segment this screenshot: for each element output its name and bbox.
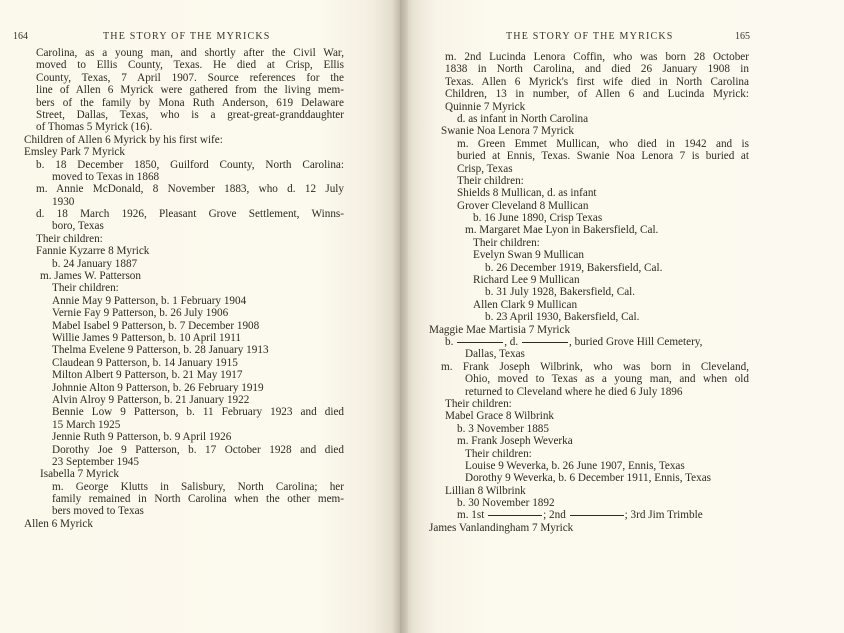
text-line: b. 30 November 1892 xyxy=(429,497,749,509)
text-line: moved to Ellis County, Texas. He died at… xyxy=(24,59,344,71)
text-line: m. Green Emmet Mullican, who died in 194… xyxy=(429,138,749,150)
text-line: Vernie Fay 9 Patterson, b. 26 July 1906 xyxy=(24,307,344,319)
text-line: b. 16 June 1890, Crisp Texas xyxy=(429,212,749,224)
text-line: b. 3 November 1885 xyxy=(429,423,749,435)
text-line: d. as infant in North Carolina xyxy=(429,113,749,125)
text-line: b. 31 July 1928, Bakersfield, Cal. xyxy=(429,286,749,298)
text-line: Claudean 9 Patterson, b. 14 January 1915 xyxy=(24,357,344,369)
text-line: Dallas, Texas xyxy=(429,348,749,360)
text-line: buried at Ennis, Texas. Swanie Noa Lenor… xyxy=(429,150,749,162)
genealogy-entry: Grover Cleveland 8 Mullican xyxy=(429,200,749,212)
genealogy-entry: James Vanlandingham 7 Myrick xyxy=(429,522,749,534)
running-head: THE STORY OF THE MYRICKS xyxy=(103,31,271,42)
text-line: Jennie Ruth 9 Patterson, b. 9 April 1926 xyxy=(24,431,344,443)
text-line: Annie May 9 Patterson, b. 1 February 190… xyxy=(24,295,344,307)
text-line: Street, Dallas, Texas, who is a great-gr… xyxy=(24,109,344,121)
text-line: Crisp, Texas xyxy=(429,163,749,175)
text-line: b. 23 April 1930, Bakersfield, Cal. xyxy=(429,311,749,323)
blank-date xyxy=(522,342,568,343)
text-line: b. 26 December 1919, Bakersfield, Cal. xyxy=(429,262,749,274)
text-line: Willie James 9 Patterson, b. 10 April 19… xyxy=(24,332,344,344)
text-line: 1838 in North Carolina, and died 26 Janu… xyxy=(429,63,749,75)
text-line: Children, 13 in number, of Allen 6 and L… xyxy=(429,88,749,100)
text-line: Their children: xyxy=(429,175,749,187)
text-line: 1930 xyxy=(24,196,344,208)
born-label: b. xyxy=(445,336,453,348)
genealogy-entry: Isabella 7 Myrick xyxy=(24,468,344,480)
text-line: 23 September 1945 xyxy=(24,456,344,468)
genealogy-entry: Allen 6 Myrick xyxy=(24,518,344,530)
text-line: Their children: xyxy=(429,448,749,460)
text-line: returned to Cleveland where he died 6 Ju… xyxy=(429,386,749,398)
second-marriage-label: ; 2nd xyxy=(543,509,566,521)
text-line: m. Margaret Mae Lyon in Bakersfield, Cal… xyxy=(429,224,749,236)
blank-name xyxy=(488,515,542,516)
text-line: Their children: xyxy=(24,282,344,294)
text-line: Texas. Allen 6 Myrick's first wife died … xyxy=(429,76,749,88)
genealogy-entry: Lillian 8 Wilbrink xyxy=(429,485,749,497)
genealogy-entry: Emsley Park 7 Myrick xyxy=(24,146,344,158)
text-line: Their children: xyxy=(429,237,749,249)
text-line: Bennie Low 9 Patterson, b. 11 February 1… xyxy=(24,406,344,418)
text-line: Children of Allen 6 Myrick by his first … xyxy=(24,134,344,146)
genealogy-entry: Swanie Noa Lenora 7 Myrick xyxy=(429,125,749,137)
text-line: m. Annie McDonald, 8 November 1883, who … xyxy=(24,183,344,195)
page-body: Carolina, as a young man, and shortly af… xyxy=(24,47,344,530)
blank-date xyxy=(457,342,503,343)
text-line: Louise 9 Weverka, b. 26 June 1907, Ennis… xyxy=(429,460,749,472)
marriage-label: m. 1st xyxy=(457,509,484,521)
text-line: b. 18 December 1850, Guilford County, No… xyxy=(24,159,344,171)
text-line: m. Frank Joseph Weverka xyxy=(429,435,749,447)
page-number: 164 xyxy=(13,31,28,42)
text-line: b. 24 January 1887 xyxy=(24,258,344,270)
text-line: bers of the family by Mona Ruth Anderson… xyxy=(24,97,344,109)
right-page: THE STORY OF THE MYRICKS 165 m. 2nd Luci… xyxy=(400,0,844,633)
genealogy-entry: Richard Lee 9 Mullican xyxy=(429,274,749,286)
text-line: moved to Texas in 1868 xyxy=(24,171,344,183)
text-line: 15 March 1925 xyxy=(24,419,344,431)
text-line: Thelma Evelene 9 Patterson, b. 28 Januar… xyxy=(24,344,344,356)
text-line: bers moved to Texas xyxy=(24,505,344,517)
died-label: , d. xyxy=(504,336,518,348)
text-line: m. Frank Joseph Wilbrink, who was born i… xyxy=(429,361,749,373)
burial-text: , buried Grove Hill Cemetery, xyxy=(569,336,703,348)
genealogy-entry: Allen Clark 9 Mullican xyxy=(429,299,749,311)
text-line: Shields 8 Mullican, d. as infant xyxy=(429,187,749,199)
text-line: Dorothy 9 Weverka, b. 6 December 1911, E… xyxy=(429,472,749,484)
text-line: Mabel Isabel 9 Patterson, b. 7 December … xyxy=(24,320,344,332)
text-line: of Thomas 5 Myrick (16). xyxy=(24,121,344,133)
text-line: m. 2nd Lucinda Lenora Coffin, who was bo… xyxy=(429,51,749,63)
text-line: Milton Albert 9 Patterson, b. 21 May 191… xyxy=(24,369,344,381)
text-line: line of Allen 6 Myrick were gathered fro… xyxy=(24,84,344,96)
text-line: Carolina, as a young man, and shortly af… xyxy=(24,47,344,59)
blank-name xyxy=(570,515,624,516)
text-line: boro, Texas xyxy=(24,220,344,232)
page-body: m. 2nd Lucinda Lenora Coffin, who was bo… xyxy=(429,51,749,534)
page-number: 165 xyxy=(735,31,750,42)
text-line: Ohio, moved to Texas as a young man, and… xyxy=(429,373,749,385)
genealogy-entry: Maggie Mae Martisia 7 Myrick xyxy=(429,324,749,336)
text-line: b. , d. , buried Grove Hill Cemetery, xyxy=(429,336,749,348)
text-line: m. George Klutts in Salisbury, North Car… xyxy=(24,481,344,493)
text-line: Their children: xyxy=(24,233,344,245)
text-line: d. 18 March 1926, Pleasant Grove Settlem… xyxy=(24,208,344,220)
text-line: m. James W. Patterson xyxy=(24,270,344,282)
genealogy-entry: Evelyn Swan 9 Mullican xyxy=(429,249,749,261)
text-line: Their children: xyxy=(429,398,749,410)
text-line: County, Texas, 7 April 1907. Source refe… xyxy=(24,72,344,84)
left-page: 164 THE STORY OF THE MYRICKS Carolina, a… xyxy=(0,0,400,633)
genealogy-entry: Quinnie 7 Myrick xyxy=(429,101,749,113)
genealogy-entry: Fannie Kyzarre 8 Myrick xyxy=(24,245,344,257)
text-line: Johnnie Alton 9 Patterson, b. 26 Februar… xyxy=(24,382,344,394)
running-head: THE STORY OF THE MYRICKS xyxy=(506,31,674,42)
book-gutter xyxy=(392,0,408,633)
book-spread: 164 THE STORY OF THE MYRICKS Carolina, a… xyxy=(0,0,844,633)
genealogy-entry: Mabel Grace 8 Wilbrink xyxy=(429,410,749,422)
text-line: m. 1st ; 2nd ; 3rd Jim Trimble xyxy=(429,509,749,521)
text-line: family remained in North Carolina when t… xyxy=(24,493,344,505)
text-line: Dorothy Joe 9 Patterson, b. 17 October 1… xyxy=(24,444,344,456)
third-marriage-text: ; 3rd Jim Trimble xyxy=(625,509,703,521)
text-line: Alvin Alroy 9 Patterson, b. 21 January 1… xyxy=(24,394,344,406)
